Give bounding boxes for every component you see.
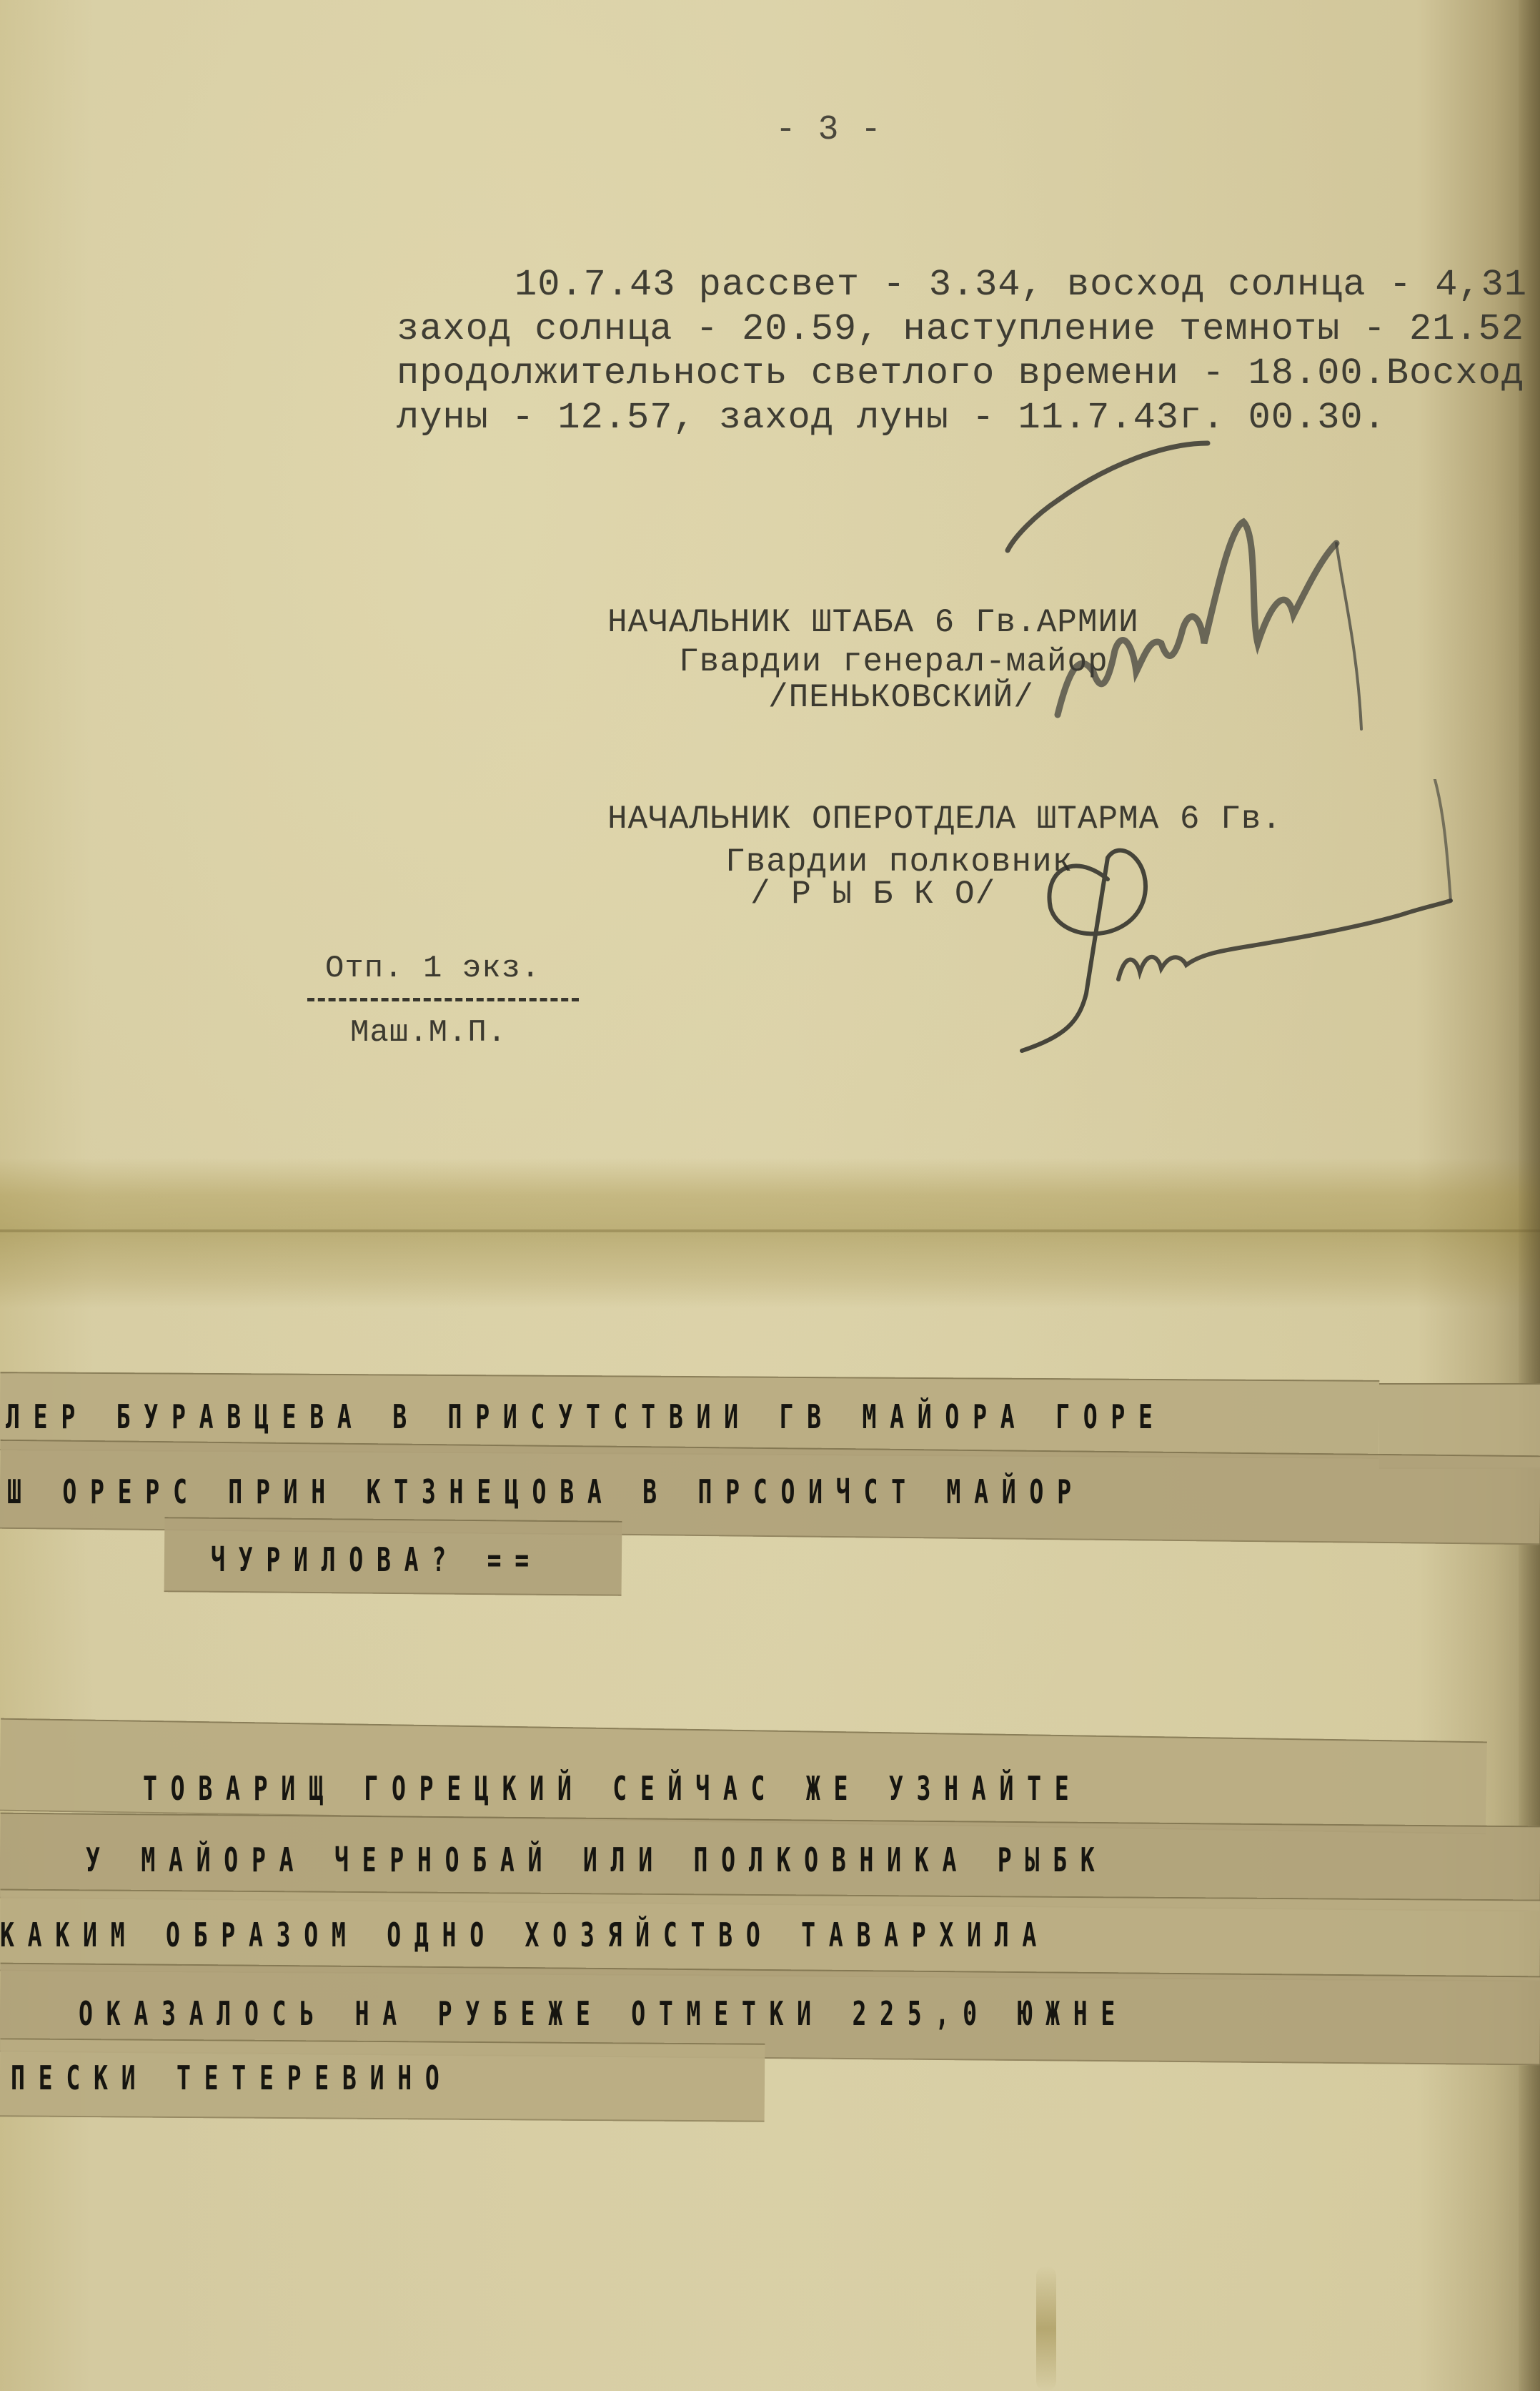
teletype-line-7: ОКАЗАЛОСЬ НА РУБЕЖЕ ОТМЕТКИ 225,0 ЮЖНЕ [79, 1994, 1128, 2033]
typist-initials: Маш.М.П. [350, 1015, 507, 1051]
teletype-line-5: У МАЙОРА ЧЕРНОБАЙ ИЛИ ПОЛКОВНИКА РЫБК [86, 1841, 1108, 1879]
teletype-line-1: ЛЕР БУРАВЦЕВА В ПРИСУТСТВИИ ГВ МАЙОРА ГО… [6, 1397, 1166, 1436]
water-stain-line [0, 1229, 1540, 1232]
signature-1-name: /ПЕНЬКОВСКИЙ/ [768, 679, 1034, 716]
paragraph-line-1: 10.7.43 рассвет - 3.34, восход солнца - … [515, 263, 1527, 307]
water-stain-band [0, 1158, 1540, 1308]
paragraph-line-2: заход солнца - 20.59, наступление темнот… [397, 307, 1524, 352]
copies-count: Отп. 1 экз. [325, 951, 540, 986]
signature-2-name: / Р Ы Б К О/ [750, 876, 995, 913]
page-number: - 3 - [775, 111, 882, 149]
teletype-line-3: ЧУРИЛОВА? == [211, 1540, 542, 1579]
teletype-line-4: ТОВАРИЩ ГОРЕЦКИЙ СЕЙЧАС ЖЕ УЗНАЙТЕ [143, 1769, 1082, 1808]
handwritten-signature-2 [965, 779, 1479, 1065]
water-stain-vertical [1036, 2266, 1056, 2391]
paragraph-line-3: продолжительность светлого времени - 18.… [397, 352, 1524, 396]
copies-divider [307, 998, 579, 1001]
teletype-line-6: КАКИМ ОБРАЗОМ ОДНО ХОЗЯЙСТВО ТАВАРХИЛА [0, 1916, 1050, 1954]
teletype-line-2: Ш ОРЕРС ПРИН КТЗНЕЦОВА В ПРСОИЧСТ МАЙОР [7, 1472, 1085, 1511]
teletype-line-8: ПЕСКИ ТЕТЕРЕВИНО [11, 2059, 453, 2097]
handwritten-signature-1 [1000, 415, 1501, 786]
